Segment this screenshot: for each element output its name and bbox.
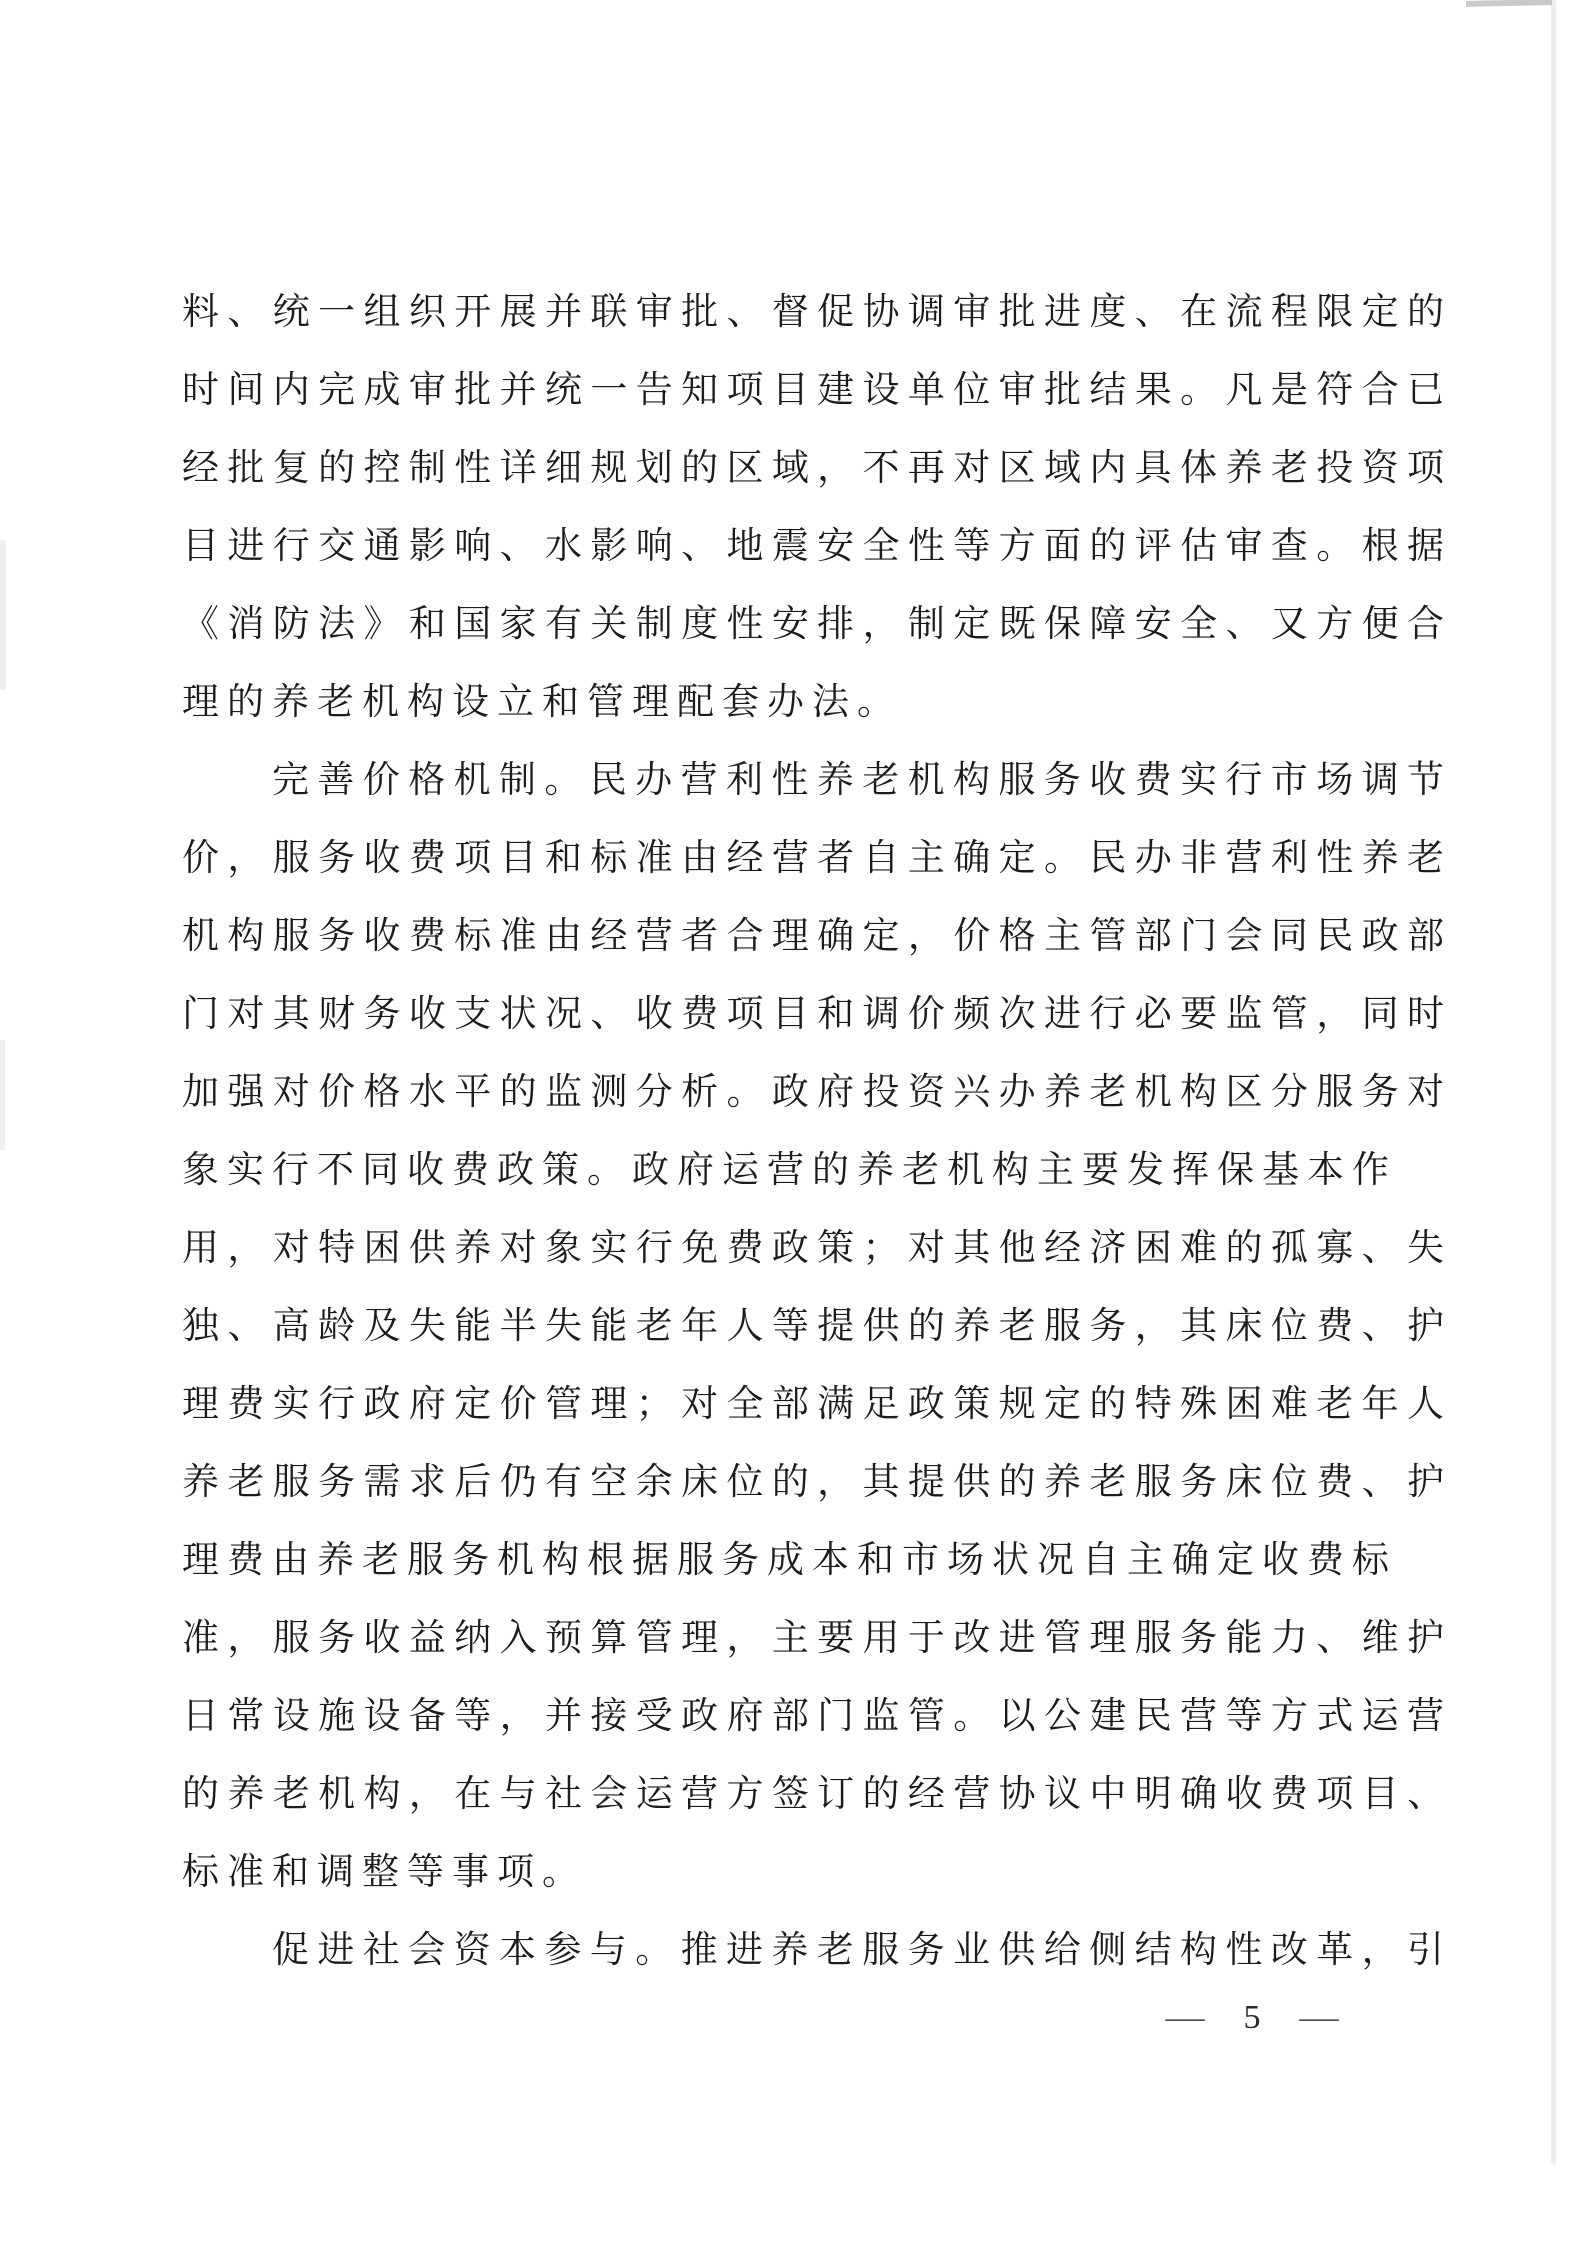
scan-artifact-vertical-line [1551, 0, 1556, 2165]
document-line: 《消防法》和国家有关制度性安排，制定既保障安全、又方便合 [182, 586, 1452, 664]
document-line: 目进行交通影响、水影响、地震安全性等方面的评估审查。根据 [182, 508, 1452, 586]
footer-dash-left: — [1165, 1999, 1204, 2037]
footer-dash-right: — [1299, 1999, 1338, 2037]
document-line: 理的养老机构设立和管理配套办法。 [182, 664, 1452, 742]
document-body: 料、统一组织开展并联审批、督促协调审批进度、在流程限定的 时间内完成审批并统一告… [182, 274, 1452, 1990]
scan-artifact-left-smudge [0, 540, 6, 690]
document-line: 加强对价格水平的监测分析。政府投资兴办养老机构区分服务对 [182, 1054, 1452, 1132]
document-line: 料、统一组织开展并联审批、督促协调审批进度、在流程限定的 [182, 274, 1452, 352]
document-line: 完善价格机制。民办营利性养老机构服务收费实行市场调节 [182, 742, 1452, 820]
document-page: 料、统一组织开展并联审批、督促协调审批进度、在流程限定的 时间内完成审批并统一告… [0, 0, 1586, 2242]
page-number: 5 [1244, 1999, 1261, 2037]
document-line: 机构服务收费标准由经营者合理确定，价格主管部门会同民政部 [182, 898, 1452, 976]
document-line: 标准和调整等事项。 [182, 1834, 1452, 1912]
document-line: 日常设施设备等，并接受政府部门监管。以公建民营等方式运营 [182, 1678, 1452, 1756]
scan-artifact-top-mark [1466, 0, 1552, 7]
document-line: 用，对特困供养对象实行免费政策；对其他经济困难的孤寡、失 [182, 1210, 1452, 1288]
document-line: 准，服务收益纳入预算管理，主要用于改进管理服务能力、维护 [182, 1600, 1452, 1678]
document-line: 门对其财务收支状况、收费项目和调价频次进行必要监管，同时 [182, 976, 1452, 1054]
document-line: 时间内完成审批并统一告知项目建设单位审批结果。凡是符合已 [182, 352, 1452, 430]
document-line: 的养老机构，在与社会运营方签订的经营协议中明确收费项目、 [182, 1756, 1452, 1834]
document-line: 促进社会资本参与。推进养老服务业供给侧结构性改革，引 [182, 1912, 1452, 1990]
page-number-footer: — 5 — [1168, 1996, 1336, 2040]
document-line: 独、高龄及失能半失能老年人等提供的养老服务，其床位费、护 [182, 1288, 1452, 1366]
document-line: 象实行不同收费政策。政府运营的养老机构主要发挥保基本作 [182, 1132, 1452, 1210]
document-line: 经批复的控制性详细规划的区域，不再对区域内具体养老投资项 [182, 430, 1452, 508]
document-line: 养老服务需求后仍有空余床位的，其提供的养老服务床位费、护 [182, 1444, 1452, 1522]
document-line: 理费由养老服务机构根据服务成本和市场状况自主确定收费标 [182, 1522, 1452, 1600]
document-line: 价，服务收费项目和标准由经营者自主确定。民办非营利性养老 [182, 820, 1452, 898]
scan-artifact-left-smudge [0, 1040, 5, 1150]
document-line: 理费实行政府定价管理；对全部满足政策规定的特殊困难老年人 [182, 1366, 1452, 1444]
